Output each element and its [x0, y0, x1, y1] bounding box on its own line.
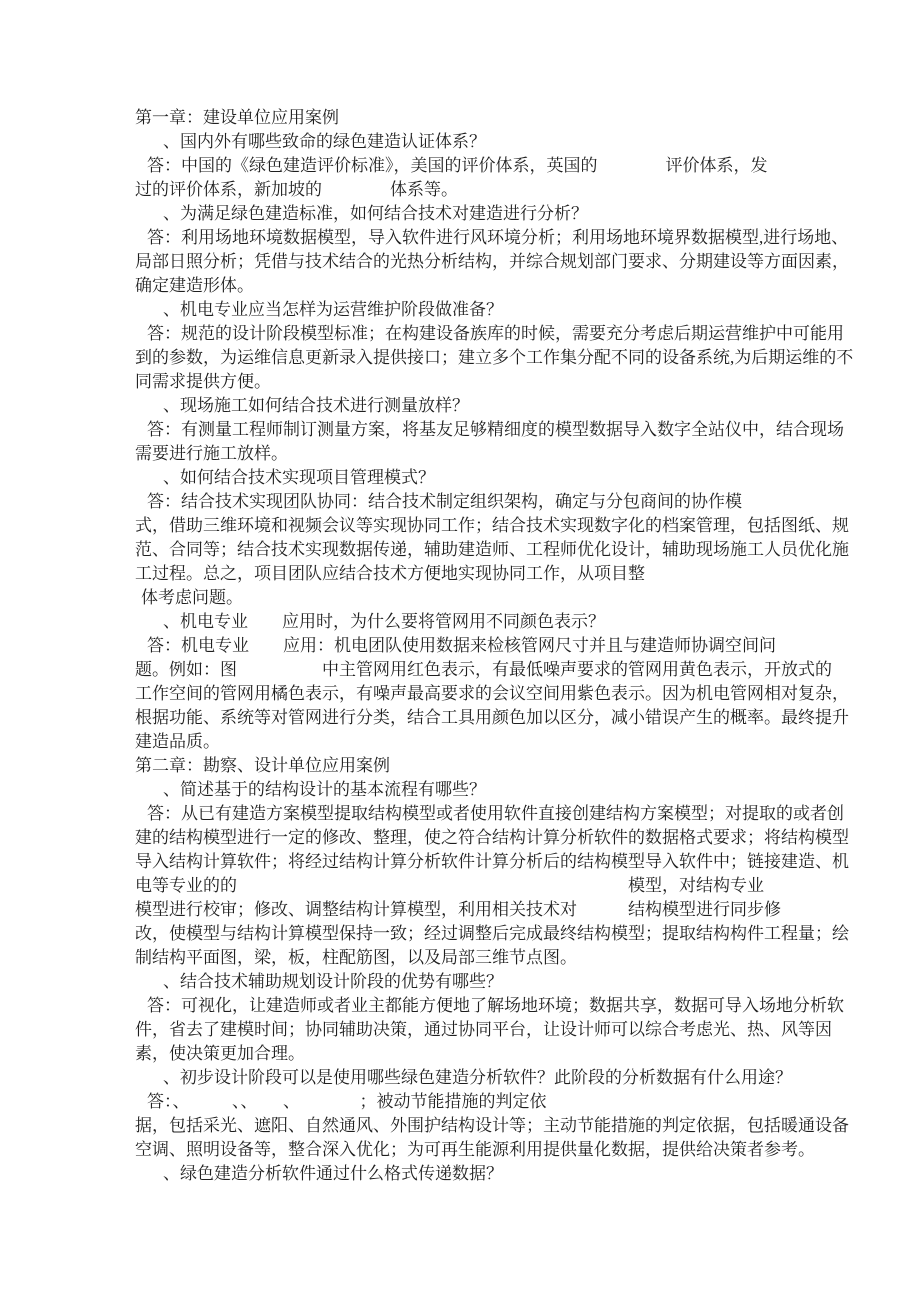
question-line: 、为满足绿色建造标准，如何结合技术对建造进行分析？: [163, 202, 920, 226]
chapter-heading: 第二章：勘察、设计单位应用案例: [135, 754, 920, 778]
answer-line: 答：规范的设计阶段模型标准；在构建设备族库的时候，需要充分考虑后期运营维护中可能…: [147, 322, 920, 346]
document-page: 第一章：建设单位应用案例、国内外有哪些致命的绿色建造认证体系？答：中国的《绿色建…: [0, 0, 920, 1301]
answer-line: 答：有测量工程师制订测量方案，将基友足够精细度的模型数据导入数字全站仪中，结合现…: [147, 418, 920, 442]
body-line: 根据功能、系统等对管网进行分类，结合工具用颜色加以区分，减小错误产生的概率。最终…: [135, 706, 920, 730]
body-line: 范、合同等；结合技术实现数据传递，辅助建造师、工程师优化设计，辅助现场施工人员优…: [135, 538, 920, 562]
body-line: 同需求提供方便。: [135, 370, 920, 394]
answer-line: 答：从已有建造方案模型提取结构模型或者使用软件直接创建结构方案模型；对提取的或者…: [147, 802, 920, 826]
answer-line: 答：可视化，让建造师或者业主都能方便地了解场地环境；数据共享，数据可导入场地分析…: [147, 994, 920, 1018]
body-line: 空调、照明设备等，整合深入优化；为可再生能源利用提供量化数据，提供给决策者参考。: [135, 1138, 920, 1162]
body-line: 建的结构模型进行一定的修改、整理，使之符合结构计算分析软件的数据格式要求；将结构…: [135, 826, 920, 850]
body-line: 工过程。总之，项目团队应结合技术方便地实现协同工作，从项目整: [135, 562, 920, 586]
question-line: 、现场施工如何结合技术进行测量放样？: [163, 394, 920, 418]
body-line: 模型进行校审；修改、调整结构计算模型，利用相关技术对 结构模型进行同步修: [135, 898, 920, 922]
body-line: 素，使决策更加合理。: [135, 1042, 920, 1066]
answer-line: 答：利用场地环境数据模型，导入软件进行风环境分析；利用场地环境界数据模型,进行场…: [147, 226, 920, 250]
body-line: 电等专业的的 模型，对结构专业: [135, 874, 920, 898]
body-line: 需要进行施工放样。: [135, 442, 920, 466]
body-line: 导入结构计算软件；将经过结构计算分析软件计算分析后的结构模型导入软件中；链接建造…: [135, 850, 920, 874]
body-line: 制结构平面图，梁，板，柱配筋图，以及局部三维节点图。: [135, 946, 920, 970]
body-line: 改，使模型与结构计算模型保持一致；经过调整后完成最终结构模型；提取结构构件工程量…: [135, 922, 920, 946]
body-line: 据，包括采光、遮阳、自然通风、外围护结构设计等；主动节能措施的判定依据，包括暖通…: [135, 1114, 920, 1138]
question-line: 、初步设计阶段可以是使用哪些绿色建造分析软件？此阶段的分析数据有什么用途？: [163, 1066, 920, 1090]
answer-line: 答：、 、、 、 ；被动节能措施的判定依: [147, 1090, 920, 1114]
body-line: 建造品质。: [135, 730, 920, 754]
question-line: 、国内外有哪些致命的绿色建造认证体系？: [163, 130, 920, 154]
answer-line: 答：结合技术实现团队协同：结合技术制定组织架构，确定与分包商间的协作模: [147, 490, 920, 514]
question-line: 、机电专业应当怎样为运营维护阶段做准备？: [163, 298, 920, 322]
answer-line: 答：中国的《绿色建造评价标准》，美国的评价体系，英国的 评价体系，发: [147, 154, 920, 178]
body-line: 体考虑问题。: [141, 586, 920, 610]
document-text-body: 第一章：建设单位应用案例、国内外有哪些致命的绿色建造认证体系？答：中国的《绿色建…: [0, 0, 920, 1186]
body-line: 确定建造形体。: [135, 274, 920, 298]
body-line: 到的参数，为运维信息更新录入提供接口；建立多个工作集分配不同的设备系统,为后期运…: [135, 346, 920, 370]
body-line: 件，省去了建模时间；协同辅助决策，通过协同平台，让设计师可以综合考虑光、热、风等…: [135, 1018, 920, 1042]
chapter-heading: 第一章：建设单位应用案例: [135, 106, 920, 130]
question-line: 、结合技术辅助规划设计阶段的优势有哪些？: [163, 970, 920, 994]
body-line: 局部日照分析；凭借与技术结合的光热分析结构，并综合规划部门要求、分期建设等方面因…: [135, 250, 920, 274]
body-line: 式，借助三维环境和视频会议等实现协同工作；结合技术实现数字化的档案管理，包括图纸…: [135, 514, 920, 538]
answer-line: 答：机电专业 应用：机电团队使用数据来检核管网尺寸并且与建造师协调空间问: [147, 634, 920, 658]
question-line: 、简述基于的结构设计的基本流程有哪些？: [163, 778, 920, 802]
question-line: 、机电专业 应用时，为什么要将管网用不同颜色表示？: [163, 610, 920, 634]
body-line: 工作空间的管网用橘色表示，有噪声最高要求的会议空间用紫色表示。因为机电管网相对复…: [135, 682, 920, 706]
question-line: 、绿色建造分析软件通过什么格式传递数据？: [163, 1162, 920, 1186]
body-line: 过的评价体系，新加坡的 体系等。: [135, 178, 920, 202]
body-line: 题。例如：图 中主管网用红色表示，有最低噪声要求的管网用黄色表示，开放式的: [135, 658, 920, 682]
question-line: 、如何结合技术实现项目管理模式？: [163, 466, 920, 490]
